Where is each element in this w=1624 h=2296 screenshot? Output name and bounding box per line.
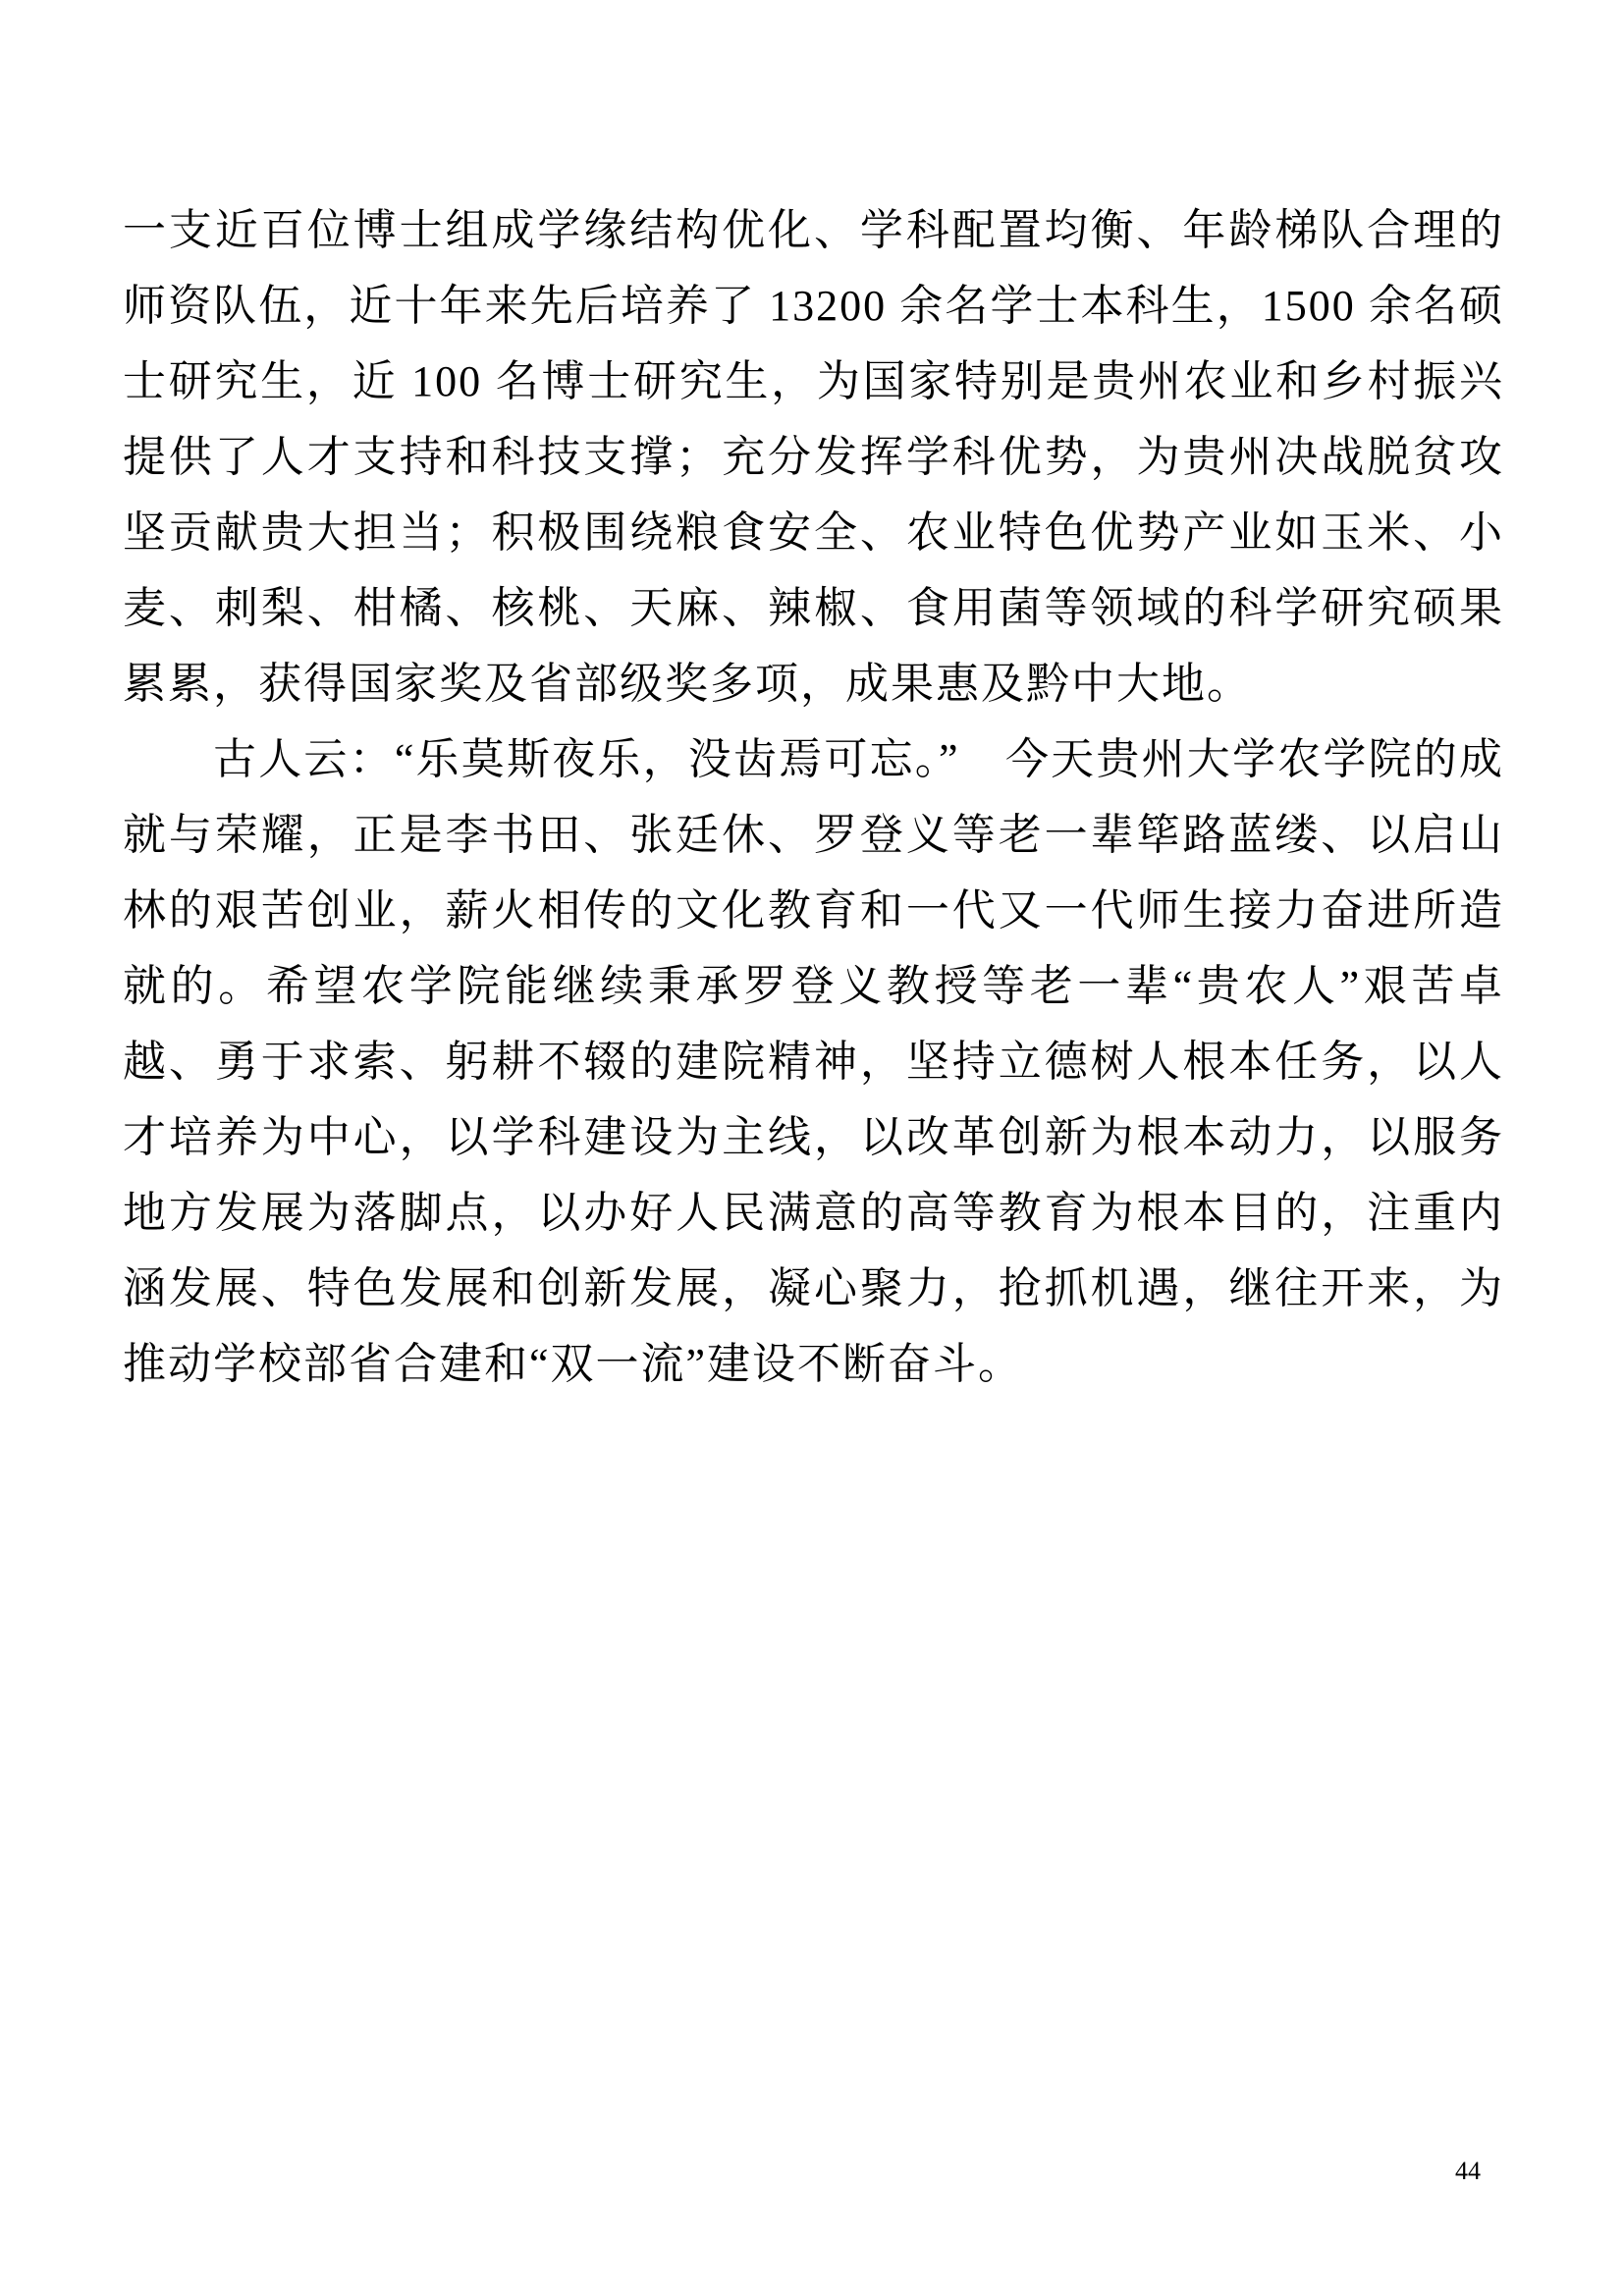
document-page: 一支近百位博士组成学缘结构优化、学科配置均衡、年龄梯队合理的师资队伍，近十年来先… xyxy=(0,0,1624,2296)
body-paragraph-continuation: 一支近百位博士组成学缘结构优化、学科配置均衡、年龄梯队合理的师资队伍，近十年来先… xyxy=(123,192,1504,721)
page-number: 44 xyxy=(1455,2156,1481,2187)
body-paragraph: 古人云：“乐莫斯夜乐，没齿焉可忘。” 今天贵州大学农学院的成就与荣耀，正是李书田… xyxy=(123,721,1504,1402)
text-block: 一支近百位博士组成学缘结构优化、学科配置均衡、年龄梯队合理的师资队伍，近十年来先… xyxy=(123,192,1504,1402)
